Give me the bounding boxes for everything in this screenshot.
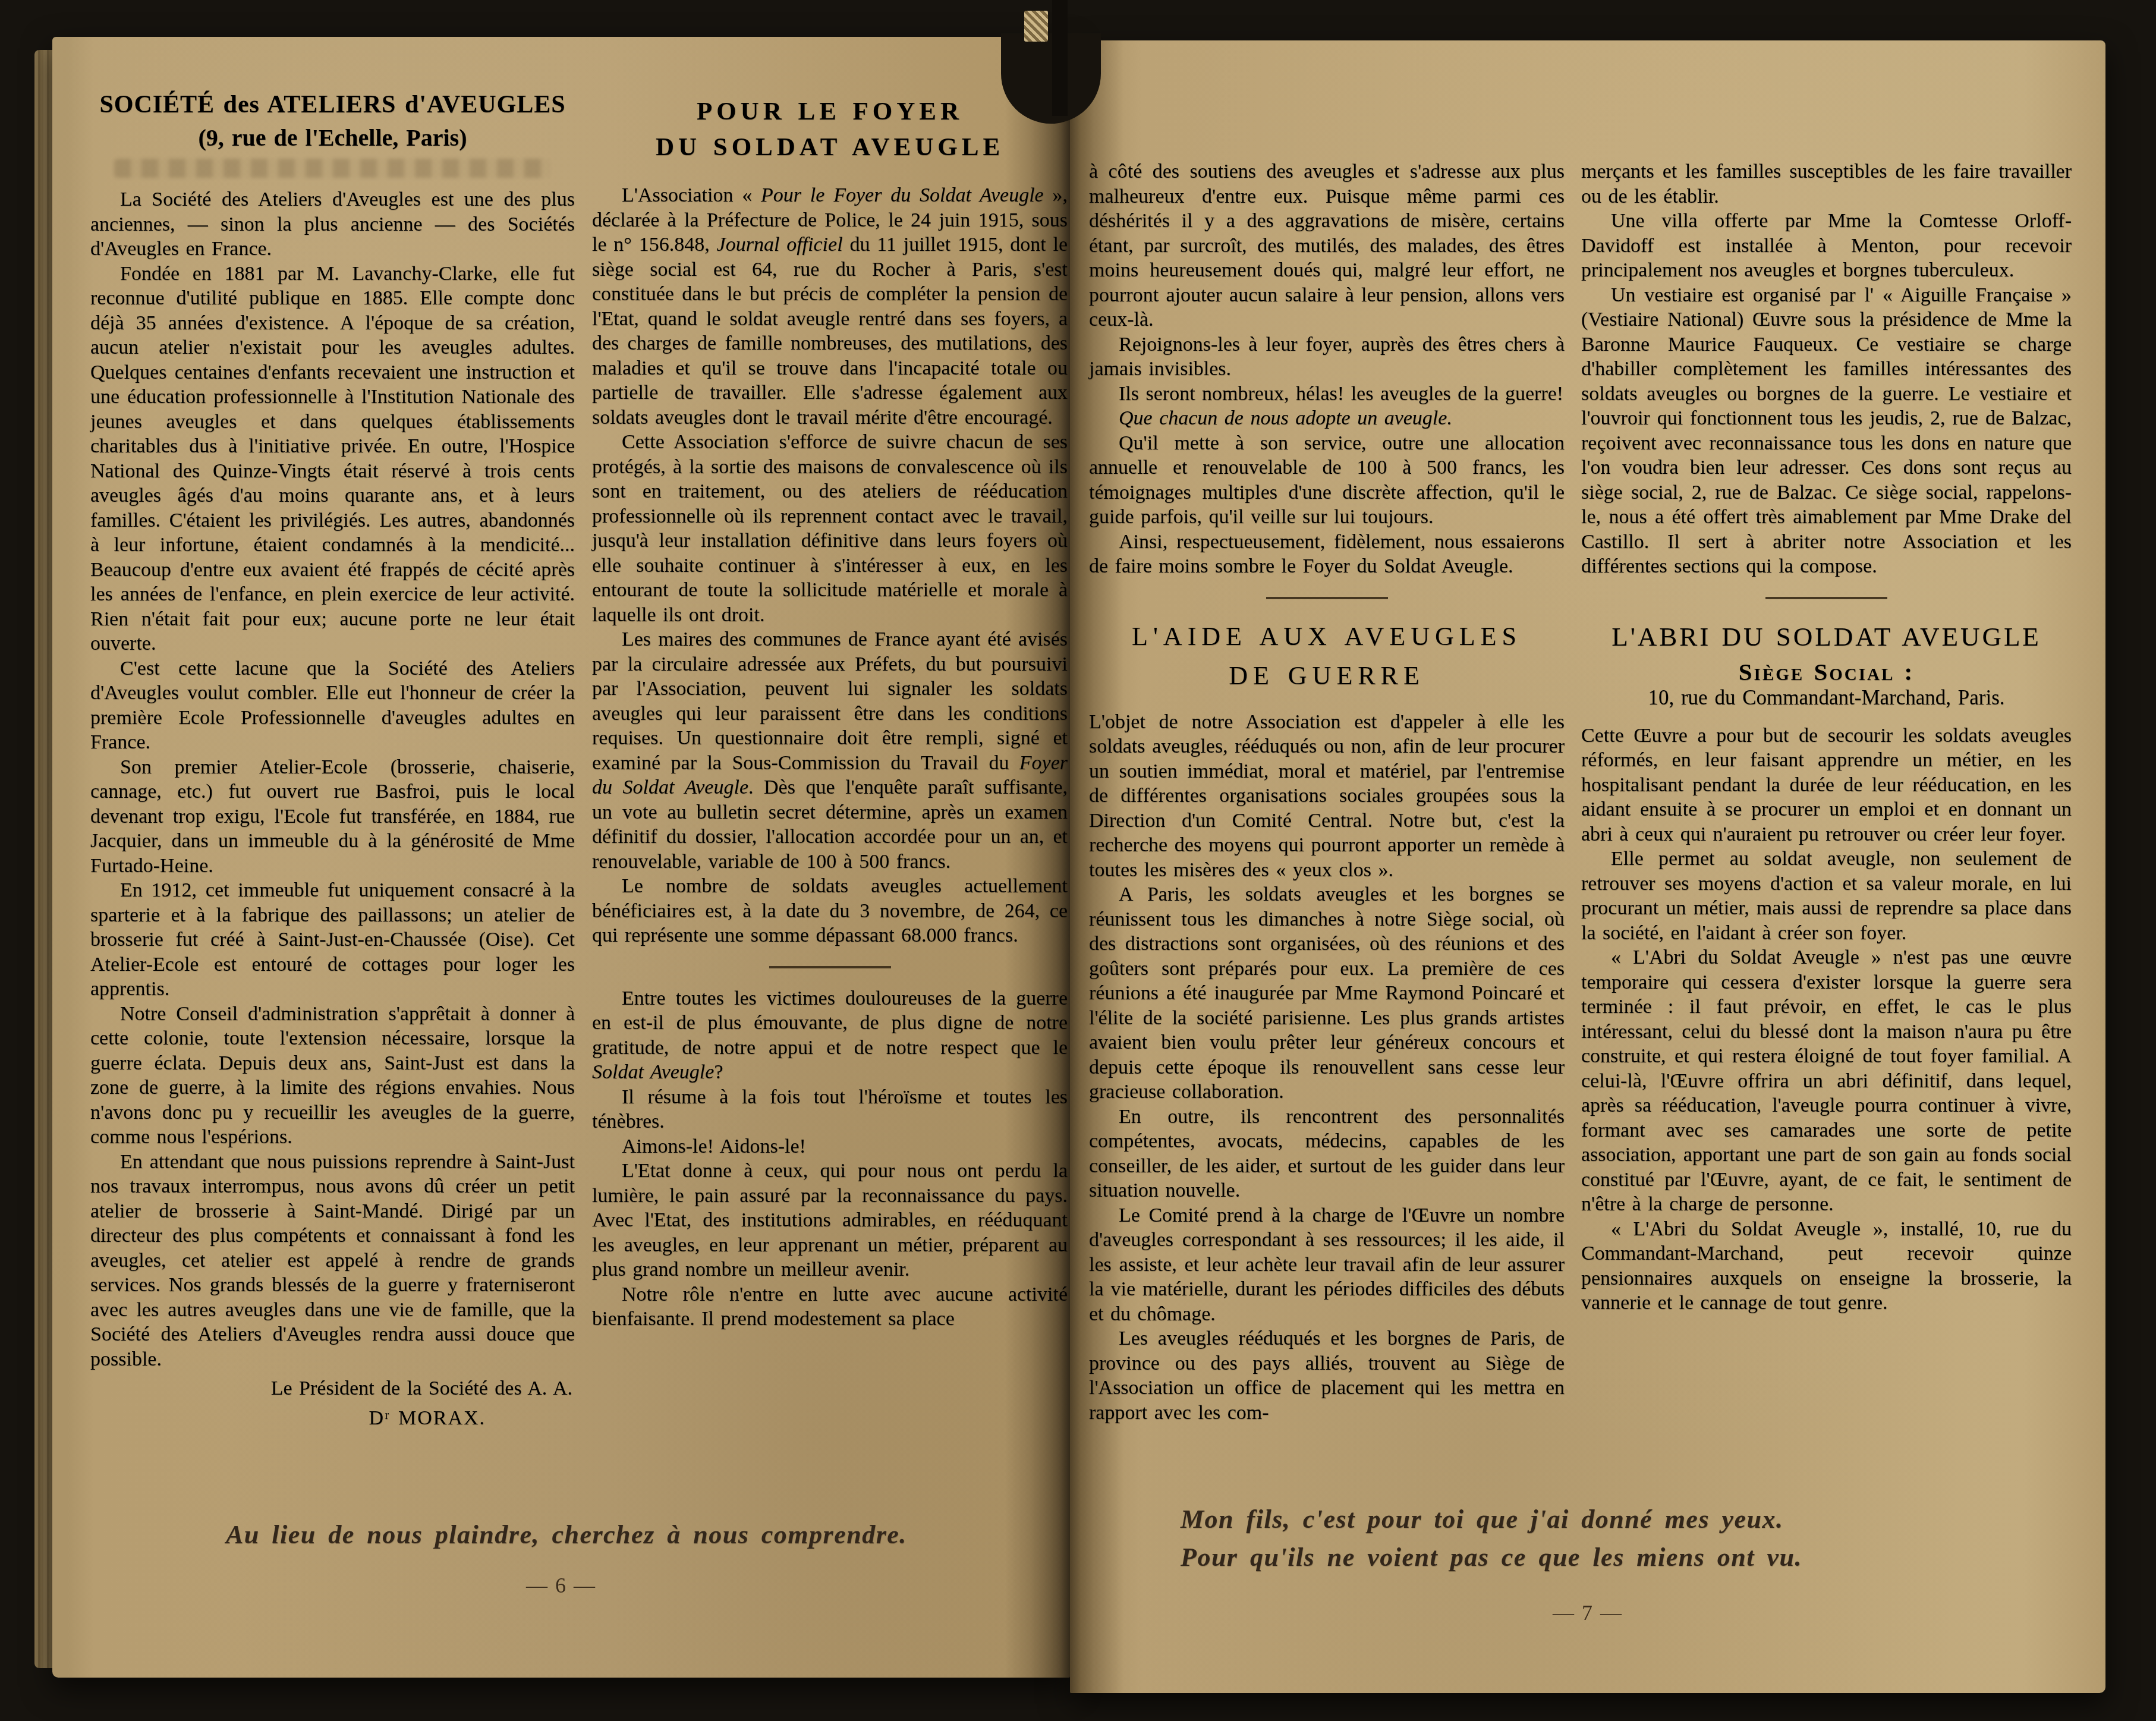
paragraph: En attendant que nous puissions reprendr…: [90, 1150, 575, 1372]
paragraph: Cette Œuvre a pour but de secourir les s…: [1581, 723, 2072, 847]
paragraph: Ils seront nombreux, hélas! les aveugles…: [1089, 382, 1565, 407]
aide-heading-line1: L'AIDE AUX AVEUGLES: [1089, 617, 1565, 656]
column-4: merçants et les familles susceptibles de…: [1581, 159, 2072, 1316]
smudged-print-line: [114, 159, 551, 178]
paragraph: Rejoignons-les à leur foyer, auprès des …: [1089, 332, 1565, 382]
aide-paragraphs: L'objet de notre Association est d'appel…: [1089, 710, 1565, 1426]
signature-title: Le Président de la Société des A. A.: [90, 1376, 575, 1401]
page-number-6: — 6 —: [52, 1573, 1070, 1598]
society-address: (9, rue de l'Echelle, Paris): [90, 122, 575, 154]
paragraph: Les maires des communes de France ayant …: [592, 627, 1068, 874]
section-divider: [769, 966, 891, 968]
paragraph: Son premier Atelier-Ecole (brosserie, ch…: [90, 755, 575, 879]
paragraph: Fondée en 1881 par M. Lavanchy-Clarke, e…: [90, 262, 575, 656]
paragraph: En 1912, cet immeuble fut uniquement con…: [90, 878, 575, 1002]
aide-continuation-paragraphs: merçants et les familles susceptibles de…: [1581, 159, 2072, 579]
paragraph: « L'Abri du Soldat Aveugle », installé, …: [1581, 1217, 2072, 1316]
paragraph: à côté des soutiens des aveugles et s'ad…: [1089, 159, 1565, 332]
abri-paragraphs: Cette Œuvre a pour but de secourir les s…: [1581, 723, 2072, 1316]
paragraph: L'objet de notre Association est d'appel…: [1089, 710, 1565, 883]
paragraph: L'Etat donne à ceux, qui pour nous ont p…: [592, 1159, 1068, 1282]
abri-address: 10, rue du Commandant-Marchand, Paris.: [1581, 685, 2072, 710]
column-3: à côté des soutiens des aveugles et s'ad…: [1089, 159, 1565, 1425]
paragraph: Le Comité prend à la charge de l'Œuvre u…: [1089, 1203, 1565, 1327]
society-paragraphs: La Société des Ateliers d'Aveugles est u…: [90, 187, 575, 1371]
paragraph: Ainsi, respectueusement, fidèlement, nou…: [1089, 530, 1565, 579]
foyer-heading-line1: POUR LE FOYER: [592, 94, 1068, 130]
paragraph: Le nombre de soldats aveugles actuelleme…: [592, 874, 1068, 948]
book-scan: SOCIÉTÉ des ATELIERS d'AVEUGLES (9, rue …: [0, 0, 2156, 1721]
paragraph: merçants et les familles susceptibles de…: [1581, 159, 2072, 209]
society-heading: SOCIÉTÉ des ATELIERS d'AVEUGLES: [90, 88, 575, 122]
motto-page7: Mon fils, c'est pour toi que j'ai donné …: [1070, 1500, 2105, 1577]
foyer-heading-line2: DU SOLDAT AVEUGLE: [592, 130, 1068, 165]
paragraph: Que chacun de nous adopte un aveugle.: [1089, 406, 1565, 431]
paragraph: Il résume à la fois tout l'héroïsme et t…: [592, 1085, 1068, 1134]
column-2: POUR LE FOYER DU SOLDAT AVEUGLE L'Associ…: [592, 94, 1068, 1332]
page-number-7: — 7 —: [1070, 1600, 2105, 1625]
paragraph: A Paris, les soldats aveugles et les bor…: [1089, 882, 1565, 1105]
motto-page6: Au lieu de nous plaindre, cherchez à nou…: [52, 1519, 1070, 1550]
aide-heading-line2: DE GUERRE: [1089, 656, 1565, 696]
paragraph: Elle permet au soldat aveugle, non seule…: [1581, 847, 2072, 945]
paragraph: Une villa offerte par Mme la Comtesse Or…: [1581, 209, 2072, 283]
abri-subheading: Siège Social :: [1581, 660, 2072, 685]
ribbon-weave-icon: [1024, 11, 1048, 42]
paragraph: Notre Conseil d'administration s'apprêta…: [90, 1002, 575, 1150]
foyer-appeal-paragraphs: Entre toutes les victimes douloureuses d…: [592, 986, 1068, 1332]
paragraph: La Société des Ateliers d'Aveugles est u…: [90, 187, 575, 262]
section-divider: [1765, 597, 1887, 599]
paragraph: Les aveugles rééduqués et les borgnes de…: [1089, 1326, 1565, 1425]
paragraph: Qu'il mette à son service, outre une all…: [1089, 431, 1565, 530]
abri-heading: L'ABRI DU SOLDAT AVEUGLE: [1581, 619, 2072, 654]
signature-name: Dʳ MORAX.: [90, 1406, 575, 1431]
paragraph: Notre rôle n'entre en lutte avec aucune …: [592, 1282, 1068, 1332]
paragraph: Un vestiaire est organisé par l' « Aigui…: [1581, 283, 2072, 579]
paragraph: L'Association « Pour le Foyer du Soldat …: [592, 183, 1068, 430]
section-divider: [1266, 597, 1388, 599]
motto-page7-line2: Pour qu'ils ne voient pas ce que les mie…: [1181, 1538, 2105, 1577]
paragraph: Entre toutes les victimes douloureuses d…: [592, 986, 1068, 1085]
paragraph: Aimons-le! Aidons-le!: [592, 1134, 1068, 1159]
motto-page7-line1: Mon fils, c'est pour toi que j'ai donné …: [1181, 1500, 2105, 1538]
foyer-continuation-paragraphs: à côté des soutiens des aveugles et s'ad…: [1089, 159, 1565, 579]
paragraph: C'est cette lacune que la Société des At…: [90, 656, 575, 755]
paragraph: « L'Abri du Soldat Aveugle » n'est pas u…: [1581, 945, 2072, 1217]
foyer-paragraphs: L'Association « Pour le Foyer du Soldat …: [592, 183, 1068, 948]
paragraph: En outre, ils rencontrent des personnali…: [1089, 1105, 1565, 1203]
column-1: SOCIÉTÉ des ATELIERS d'AVEUGLES (9, rue …: [90, 88, 575, 1430]
paragraph: Cette Association s'efforce de suivre ch…: [592, 430, 1068, 627]
